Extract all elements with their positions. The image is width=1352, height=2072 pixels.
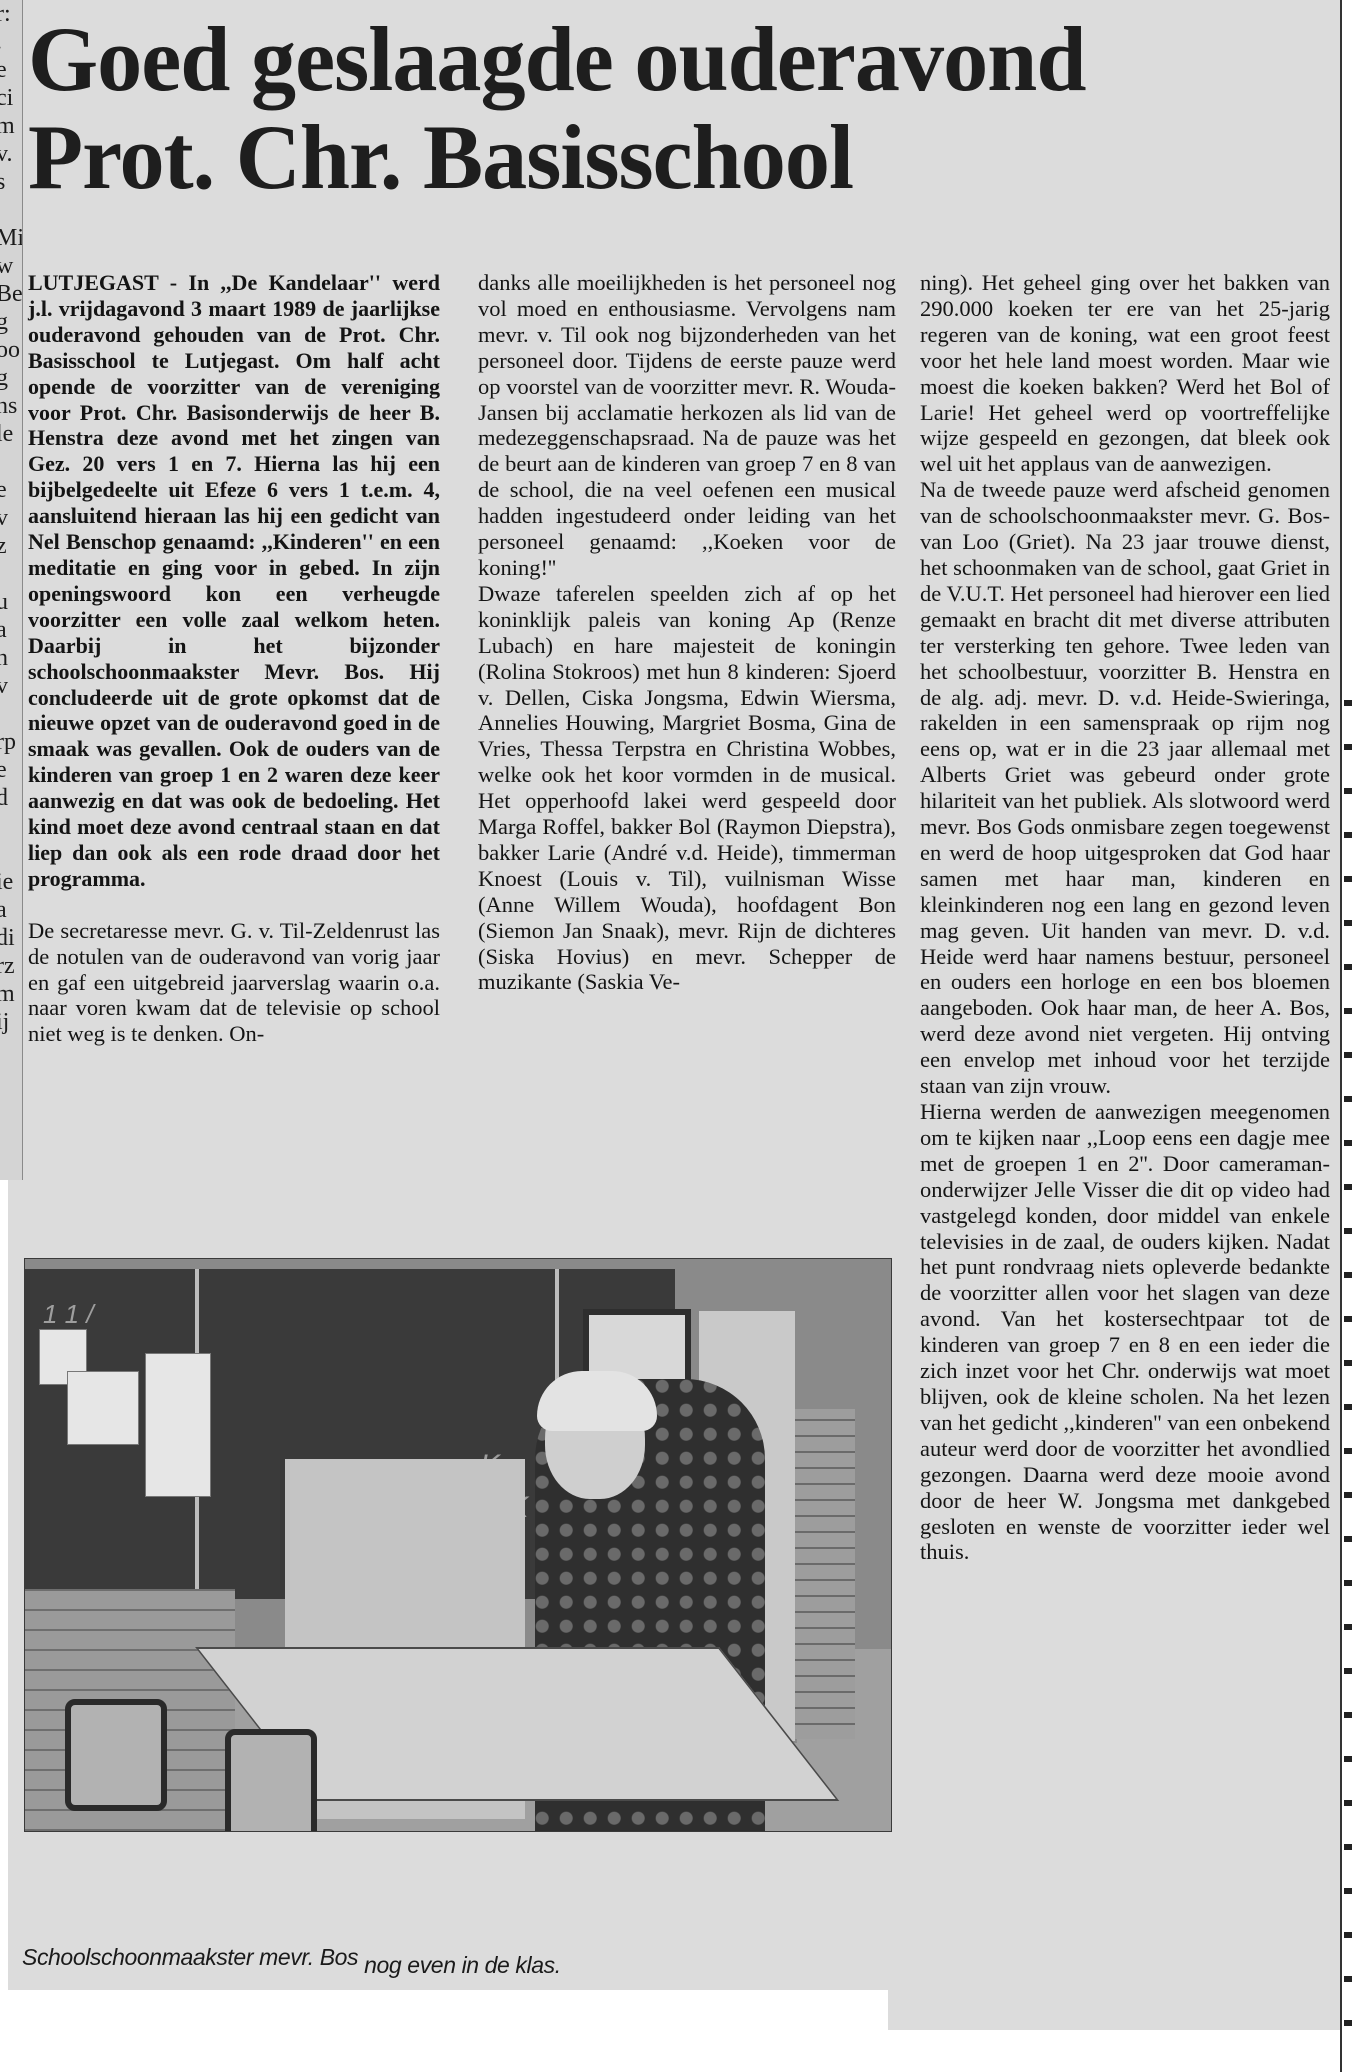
fragment-text: rz [0,952,22,980]
body-paragraph: Na de tweede pauze werd afscheid genomen… [920,477,1330,1099]
body-paragraph: danks alle moeilijkheden is het personee… [478,270,896,581]
edge-tick-mark [1344,1976,1352,1982]
torn-paper-edge [8,1990,888,2072]
edge-tick-mark [1344,832,1352,838]
photo-wall-drawing [67,1371,139,1445]
photo-chalk-mark: 1 1 / [43,1299,94,1330]
fragment-text: di [0,924,22,952]
article-column-2: danks alle moeilijkheden is het personee… [478,270,896,995]
edge-tick-mark [1344,1140,1352,1146]
adjacent-page-edge [1340,0,1352,2072]
edge-tick-mark [1344,1096,1352,1102]
photo-chair [65,1699,167,1811]
fragment-text: rp [0,728,22,756]
edge-tick-mark [1344,1844,1352,1850]
edge-tick-mark [1344,1448,1352,1454]
body-paragraph: ning). Het geheel ging over het bakken v… [920,270,1330,477]
edge-tick-mark [1344,1888,1352,1894]
edge-tick-mark [1344,1404,1352,1410]
body-paragraph: Dwaze taferelen speelden zich af op het … [478,581,896,996]
fragment-text: e [0,756,22,784]
caption-part-1: Schoolschoonmaakster mevr. Bos [22,1944,358,1970]
fragment-text: ij [0,1008,22,1036]
edge-tick-mark [1344,744,1352,750]
edge-tick-mark [1344,1052,1352,1058]
edge-tick-mark [1344,1360,1352,1366]
body-paragraph: Hierna werden de aanwezigen meegenomen o… [920,1099,1330,1565]
fragment-text: oo [0,336,22,364]
fragment-text: Mi [0,224,22,252]
article-column-1: LUTJEGAST - In ,,De Kandelaar'' werd j.l… [28,270,440,1047]
headline-line-1: Goed geslaagde ouderavond [28,10,1302,108]
edge-tick-mark [1344,1316,1352,1322]
article-column-3: ning). Het geheel ging over het bakken v… [920,270,1330,1565]
fragment-text: v [0,672,22,700]
edge-tick-mark [1344,1712,1352,1718]
edge-tick-mark [1344,876,1352,882]
article-headline: Goed geslaagde ouderavond Prot. Chr. Bas… [28,10,1302,206]
fragment-text: n [0,644,22,672]
edge-tick-mark [1344,964,1352,970]
fragment-text: ns [0,392,22,420]
edge-tick-mark [1344,1580,1352,1586]
headline-line-2: Prot. Chr. Basisschool [28,108,1302,206]
photo-brick-wall [795,1409,855,1739]
edge-tick-mark [1344,1492,1352,1498]
edge-tick-mark [1344,1272,1352,1278]
edge-tick-mark [1344,1756,1352,1762]
fragment-text: d [0,784,22,812]
edge-tick-mark [1344,1008,1352,1014]
fragment-text [0,448,22,476]
fragment-text: ci [0,84,22,112]
fragment-text: e [0,476,22,504]
fragment-text: g [0,364,22,392]
adjacent-article-fragment: r:.ecimv.s MiwBegoognsle evz uanv rped i… [0,0,23,1180]
body-paragraph: De secretaresse mevr. G. v. Til-Zeldenru… [28,918,440,1048]
lead-paragraph: LUTJEGAST - In ,,De Kandelaar'' werd j.l… [28,270,440,892]
edge-tick-mark [1344,1932,1352,1938]
fragment-text: v. [0,140,22,168]
fragment-text: u [0,588,22,616]
edge-tick-mark [1344,1228,1352,1234]
fragment-text: a [0,896,22,924]
edge-tick-mark [1344,1536,1352,1542]
fragment-text: a [0,616,22,644]
fragment-text: g [0,308,22,336]
photo-hair [537,1371,657,1431]
fragment-text: Be [0,280,22,308]
fragment-text [0,700,22,728]
classroom-photo: 1 1 / K K K [24,1258,892,1832]
fragment-text: e [0,56,22,84]
photo-caption: Schoolschoonmaakster mevr. Bos nog even … [22,1944,822,1971]
edge-tick-mark [1344,1624,1352,1630]
caption-part-2: nog even in de klas. [364,1952,561,1978]
fragment-text [0,560,22,588]
edge-tick-mark [1344,920,1352,926]
fragment-text: z [0,532,22,560]
edge-tick-mark [1344,2020,1352,2026]
edge-tick-mark [1344,1184,1352,1190]
fragment-text: ie [0,868,22,896]
fragment-text [0,840,22,868]
fragment-text: v [0,504,22,532]
edge-tick-mark [1344,1800,1352,1806]
fragment-text: s [0,168,22,196]
fragment-text: m [0,980,22,1008]
fragment-text: r: [0,0,22,28]
edge-tick-mark [1344,788,1352,794]
photo-wall-drawing [145,1353,211,1497]
photo-chair [225,1729,317,1832]
fragment-text: m [0,112,22,140]
fragment-text: w [0,252,22,280]
edge-tick-mark [1344,700,1352,706]
fragment-text: le [0,420,22,448]
torn-paper-edge [888,2030,1340,2072]
fragment-text [0,812,22,840]
fragment-text [0,196,22,224]
edge-tick-mark [1344,1668,1352,1674]
fragment-text: . [0,28,22,56]
